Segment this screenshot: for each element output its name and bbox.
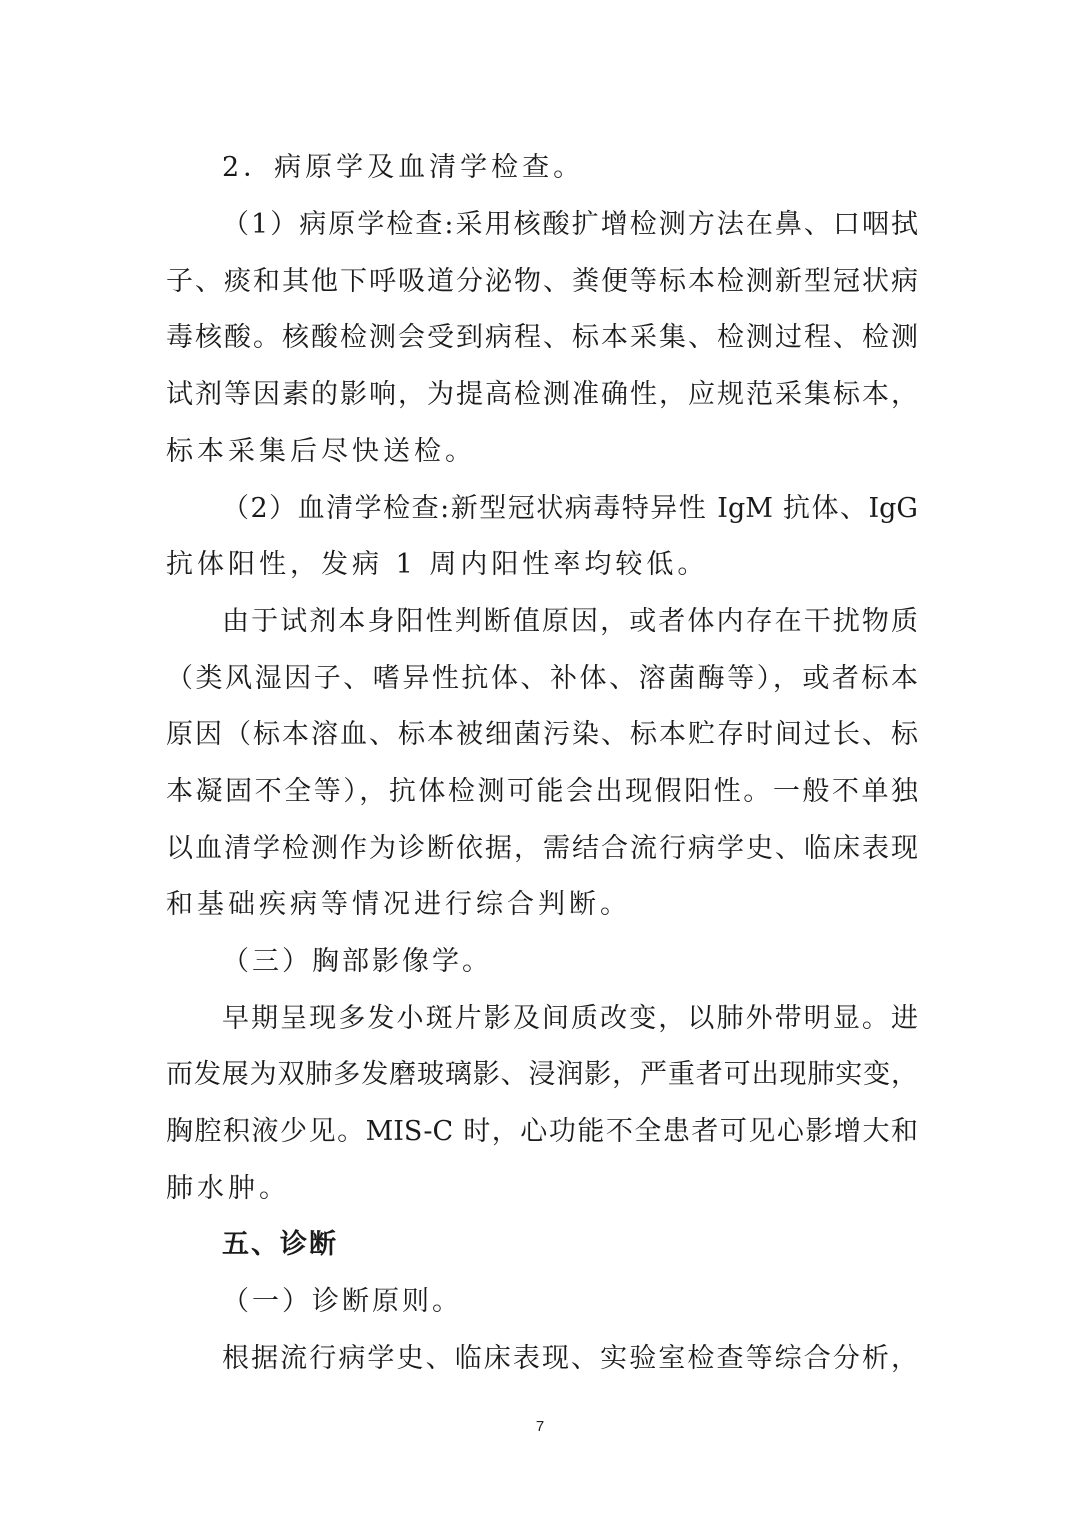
paragraph-false-positive-line-5: 以血清学检测作为诊断依据，需结合流行病学史、临床表现 bbox=[166, 832, 918, 866]
paragraph-pathogen-test-line-1: （1）病原学检查:采用核酸扩增检测方法在鼻、口咽拭 bbox=[222, 208, 918, 242]
paragraph-pathogen-test-line-2: 子、痰和其他下呼吸道分泌物、粪便等标本检测新型冠状病 bbox=[166, 265, 918, 299]
paragraph-diagnosis-principle-line-1: 根据流行病学史、临床表现、实验室检查等综合分析， bbox=[222, 1342, 918, 1376]
subsection-title-pathogen-serology: 2．病原学及血清学检查。 bbox=[222, 151, 918, 185]
paragraph-serology-test-line-2: 抗体阳性，发病 1 周内阳性率均较低。 bbox=[166, 548, 918, 582]
paragraph-false-positive-line-6: 和基础疾病等情况进行综合判断。 bbox=[166, 888, 918, 922]
paragraph-false-positive-line-4: 本凝固不全等），抗体检测可能会出现假阳性。一般不单独 bbox=[166, 775, 918, 809]
paragraph-pathogen-test-line-5: 标本采集后尽快送检。 bbox=[166, 435, 918, 469]
subheading-diagnosis-principle: （一）诊断原则。 bbox=[222, 1285, 918, 1319]
page-number: 7 bbox=[530, 1418, 550, 1435]
paragraph-serology-test-line-1: （2）血清学检查:新型冠状病毒特异性 IgM 抗体、IgG bbox=[222, 492, 918, 526]
paragraph-false-positive-line-3: 原因（标本溶血、标本被细菌污染、标本贮存时间过长、标 bbox=[166, 718, 918, 752]
paragraph-imaging-line-4: 肺水肿。 bbox=[166, 1172, 918, 1206]
paragraph-false-positive-line-2: （类风湿因子、嗜异性抗体、补体、溶菌酶等），或者标本 bbox=[166, 662, 918, 696]
paragraph-pathogen-test-line-3: 毒核酸。核酸检测会受到病程、标本采集、检测过程、检测 bbox=[166, 321, 918, 355]
paragraph-pathogen-test-line-4: 试剂等因素的影响，为提高检测准确性，应规范采集标本， bbox=[166, 378, 918, 412]
paragraph-imaging-line-1: 早期呈现多发小斑片影及间质改变，以肺外带明显。进 bbox=[222, 1002, 918, 1036]
paragraph-false-positive-line-1: 由于试剂本身阳性判断值原因，或者体内存在干扰物质 bbox=[222, 605, 918, 639]
section-heading-diagnosis: 五、诊断 bbox=[222, 1228, 918, 1262]
paragraph-imaging-line-3: 胸腔积液少见。MIS-C 时，心功能不全患者可见心影增大和 bbox=[166, 1115, 918, 1149]
document-page: 2．病原学及血清学检查。 （1）病原学检查:采用核酸扩增检测方法在鼻、口咽拭 子… bbox=[0, 0, 1080, 1527]
paragraph-imaging-line-2: 而发展为双肺多发磨玻璃影、浸润影，严重者可出现肺实变， bbox=[166, 1058, 918, 1092]
subheading-chest-imaging: （三）胸部影像学。 bbox=[222, 945, 918, 979]
